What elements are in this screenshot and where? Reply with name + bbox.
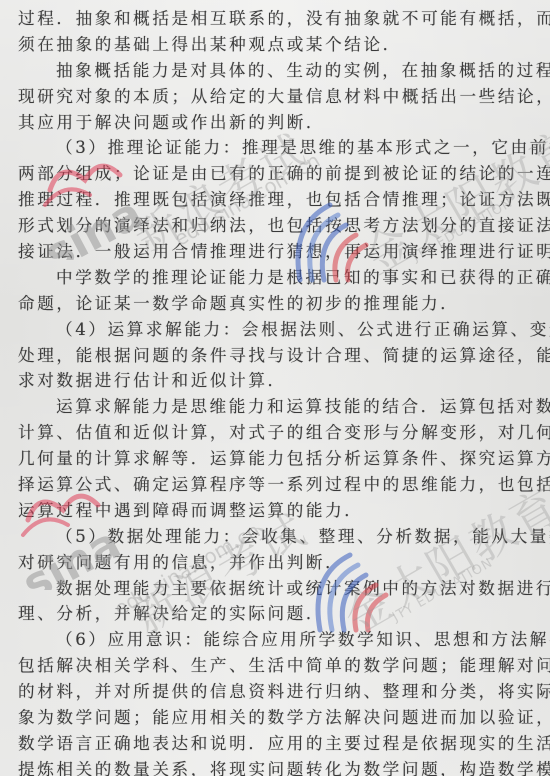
paragraph-start-line: 中学数学的推理论证能力是根据已知的事实和已获得的正确数学 — [18, 265, 534, 291]
text-line: 两部分组成；论证是由已有的正确的前提到被论证的结论的一连串的 — [18, 161, 534, 187]
text-line: 择运算公式、确定运算程序等一系列过程中的思维能力，也包括在实施 — [18, 472, 534, 498]
paragraph-start-line: 抽象概括能力是对具体的、生动的实例，在抽象概括的过程中，发 — [18, 58, 534, 84]
text-line: 数学语言正确地表达和说明．应用的主要过程是依据现实的生活背景， — [18, 731, 534, 757]
text-line: 象为数学问题；能应用相关的数学方法解决问题进而加以验证，并能用 — [18, 705, 534, 731]
text-line: 过程．抽象和概括是相互联系的，没有抽象就不可能有概括，而概括必 — [18, 6, 534, 32]
document-body: 过程．抽象和概括是相互联系的，没有抽象就不可能有概括，而概括必 须在抽象的基础上… — [18, 6, 534, 776]
text-line: 形式划分的演绎法和归纳法，也包括按思考方法划分的直接证法和间 — [18, 213, 534, 239]
text-line: 推理过程．推理既包括演绎推理，也包括合情推理；论证方法既包括按 — [18, 187, 534, 213]
section-heading-line-6: （6）应用意识：能综合应用所学数学知识、思想和方法解决问题， — [18, 627, 534, 653]
text-line: 求对数据进行估计和近似计算． — [18, 368, 534, 394]
text-line: 其应用于解决问题或作出新的判断． — [18, 110, 534, 136]
text-line: 几何量的计算求解等．运算能力包括分析运算条件、探究运算方向、选 — [18, 446, 534, 472]
text-line: 须在抽象的基础上得出某种观点或某个结论． — [18, 32, 534, 58]
scanned-document-page: 过程．抽象和概括是相互联系的，没有抽象就不可能有概括，而概括必 须在抽象的基础上… — [0, 0, 550, 776]
text-line: 包括解决相关学科、生产、生活中简单的数学问题；能理解对问题陈述 — [18, 653, 534, 679]
text-line: 命题，论证某一数学命题真实性的初步的推理能力． — [18, 291, 534, 317]
section-heading-line-3: （3）推理论证能力：推理是思维的基本形式之一，它由前提和结论 — [18, 135, 534, 161]
paragraph-start-line: 运算求解能力是思维能力和运算技能的结合．运算包括对数字的 — [18, 394, 534, 420]
text-line: 理、分析，并解决给定的实际问题． — [18, 601, 534, 627]
section-heading-line-4: （4）运算求解能力：会根据法则、公式进行正确运算、变形和数据 — [18, 317, 534, 343]
text-line: 计算、估值和近似计算，对式子的组合变形与分解变形，对几何图形各 — [18, 420, 534, 446]
text-line: 处理，能根据问题的条件寻找与设计合理、简捷的运算途径，能根据要 — [18, 343, 534, 369]
paragraph-start-line: 数据处理能力主要依据统计或统计案例中的方法对数据进行整 — [18, 576, 534, 602]
section-heading-line-5: （5）数据处理能力：会收集、整理、分析数据，能从大量数据中抽取 — [18, 524, 534, 550]
text-line: 现研究对象的本质；从给定的大量信息材料中概括出一些结论，并能将 — [18, 84, 534, 110]
text-line: 对研究问题有用的信息，并作出判断． — [18, 550, 534, 576]
text-line: 提炼相关的数量关系，将现实问题转化为数学问题，构造数学模型，并 — [18, 757, 534, 776]
text-line: 的材料，并对所提供的信息资料进行归纳、整理和分类，将实际问题抽 — [18, 679, 534, 705]
text-line: 运算过程中遇到障碍而调整运算的能力． — [18, 498, 534, 524]
text-line: 接证法．一般运用合情推理进行猜想，再运用演绎推理进行证明． — [18, 239, 534, 265]
